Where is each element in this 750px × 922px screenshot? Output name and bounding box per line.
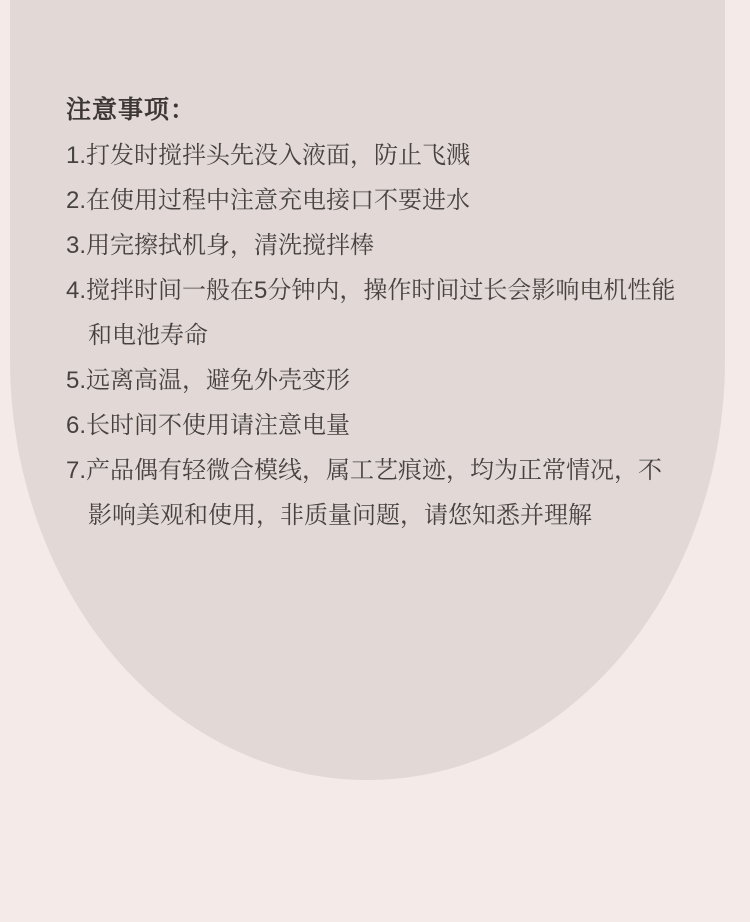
notice-content: 注意事项： 1.打发时搅拌头先没入液面，防止飞溅2.在使用过程中注意充电接口不要… [66,88,716,538]
notice-title: 注意事项： [66,88,716,133]
notice-item-line: 3.用完擦拭机身，清洗搅拌棒 [66,223,716,268]
notice-item-continuation-line: 影响美观和使用，非质量问题，请您知悉并理解 [66,493,716,538]
notice-item-line: 2.在使用过程中注意充电接口不要进水 [66,178,716,223]
notice-item-line: 5.远离高温，避免外壳变形 [66,358,716,403]
notice-item-line: 4.搅拌时间一般在5分钟内，操作时间过长会影响电机性能 [66,268,716,313]
notice-list: 1.打发时搅拌头先没入液面，防止飞溅2.在使用过程中注意充电接口不要进水3.用完… [66,133,716,538]
notice-item-continuation-line: 和电池寿命 [66,313,716,358]
notice-item-line: 7.产品偶有轻微合模线，属工艺痕迹，均为正常情况，不 [66,448,716,493]
notice-item-line: 6.长时间不使用请注意电量 [66,403,716,448]
product-notice-page: 注意事项： 1.打发时搅拌头先没入液面，防止飞溅2.在使用过程中注意充电接口不要… [0,0,750,922]
notice-item-line: 1.打发时搅拌头先没入液面，防止飞溅 [66,133,716,178]
